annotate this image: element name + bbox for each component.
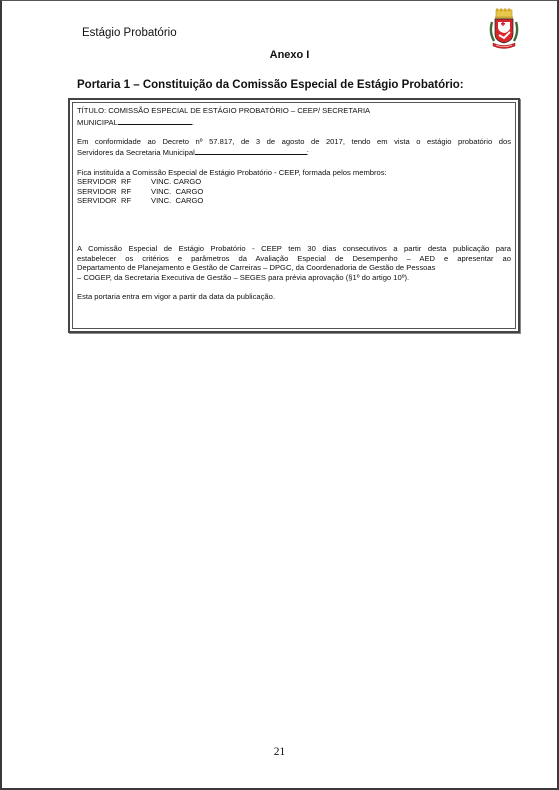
instituida-text: Fica instituída a Comissão Especial de E…	[77, 168, 511, 178]
header-title: Estágio Probatório	[82, 27, 177, 39]
sao-paulo-coat-of-arms-icon	[488, 8, 520, 52]
page-number: 21	[2, 746, 557, 758]
member-row: SERVIDORRFVINC. CARGO	[77, 196, 511, 206]
titulo-municipal-label: MUNICIPAL	[77, 118, 118, 127]
portaria-title: Portaria 1 – Constituição da Comissão Es…	[77, 79, 464, 91]
member-row: SERVIDORRFVINC. CARGO	[77, 177, 511, 187]
member-vinc-cargo: VINC. CARGO	[151, 177, 201, 187]
portaria-text-box: TÍTULO: COMISSÃO ESPECIAL DE ESTÁGIO PRO…	[68, 98, 520, 333]
member-rf: RF	[121, 177, 151, 187]
titulo-line-2: MUNICIPAL.	[77, 116, 511, 128]
member-servidor: SERVIDOR	[77, 196, 121, 206]
prazo-line-4: – COGEP, da Secretaria Executiva de Gest…	[77, 273, 511, 283]
annex-title: Anexo I	[2, 49, 557, 61]
member-rf: RF	[121, 187, 151, 197]
portaria-text-box-inner: TÍTULO: COMISSÃO ESPECIAL DE ESTÁGIO PRO…	[72, 102, 516, 329]
vigor-text: Esta portaria entra em vigor a partir da…	[77, 292, 511, 302]
titulo-period: .	[192, 118, 194, 127]
prazo-line-3: Departamento de Planejamento e Gestão de…	[77, 263, 511, 273]
secretaria-municipal-blank[interactable]	[195, 146, 307, 155]
member-vinc-cargo: VINC. CARGO	[151, 196, 203, 206]
prazo-line-2: estabelecer os critérios e parâmetros da…	[77, 254, 511, 264]
prazo-line-1: A Comissão Especial de Estágio Probatóri…	[77, 244, 511, 254]
member-rf: RF	[121, 196, 151, 206]
member-servidor: SERVIDOR	[77, 187, 121, 197]
conformidade-colon: :	[307, 148, 309, 157]
document-page: Estágio Probatório Anexo I Portaria 1 – …	[0, 0, 559, 790]
member-row: SERVIDORRFVINC. CARGO	[77, 187, 511, 197]
conformidade-line-2: Servidores da Secretaria Municipal:	[77, 146, 511, 158]
titulo-line-1: TÍTULO: COMISSÃO ESPECIAL DE ESTÁGIO PRO…	[77, 106, 511, 116]
member-vinc-cargo: VINC. CARGO	[151, 187, 203, 197]
secretaria-name-blank[interactable]	[118, 116, 192, 125]
member-servidor: SERVIDOR	[77, 177, 121, 187]
conformidade-line-1: Em conformidade ao Decreto nº 57.817, de…	[77, 137, 511, 147]
conformidade-secretaria-label: Servidores da Secretaria Municipal	[77, 148, 195, 157]
